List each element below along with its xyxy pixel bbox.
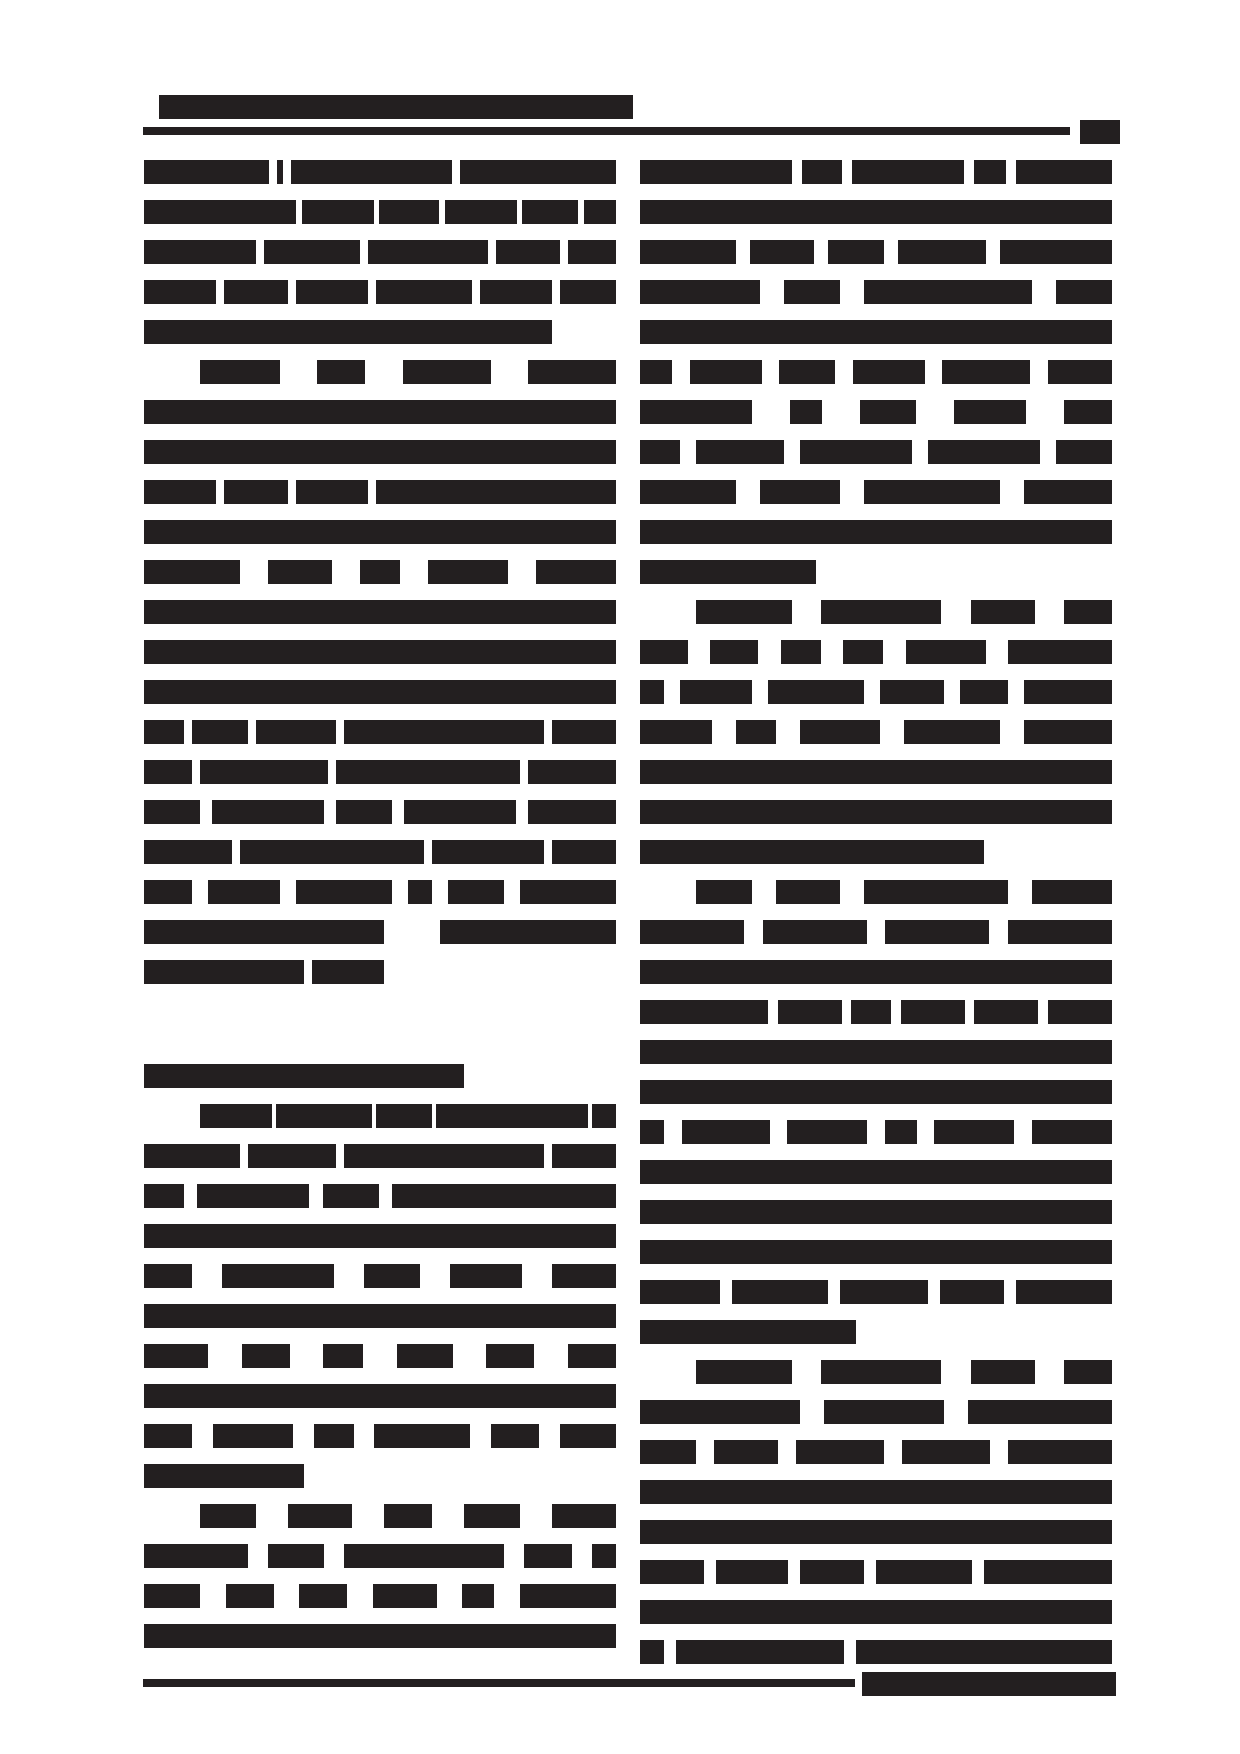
- text-line: [144, 1584, 616, 1608]
- redacted-word: [1064, 400, 1112, 424]
- redacted-word: [1024, 480, 1112, 504]
- redacted-word: [528, 800, 616, 824]
- redacted-word: [344, 720, 544, 744]
- text-line: [144, 520, 616, 544]
- redacted-word: [974, 160, 1006, 184]
- text-line: [144, 1544, 616, 1568]
- page-number: [1080, 120, 1120, 144]
- header-rule: [143, 127, 1070, 135]
- text-line: [144, 880, 616, 904]
- redacted-word: [144, 160, 269, 184]
- redacted-word: [144, 1544, 248, 1568]
- redacted-word: [336, 760, 520, 784]
- redacted-word: [568, 1344, 616, 1368]
- redacted-word: [486, 1344, 534, 1368]
- redacted-word: [222, 1264, 334, 1288]
- redacted-word: [291, 160, 452, 184]
- text-line: [640, 1240, 1112, 1264]
- redacted-word: [288, 1504, 352, 1528]
- redacted-word: [462, 1584, 494, 1608]
- redacted-word: [778, 1000, 842, 1024]
- redacted-word: [934, 1120, 1014, 1144]
- redacted-word: [906, 640, 986, 664]
- text-line: [144, 320, 552, 344]
- redacted-word: [323, 1184, 379, 1208]
- text-line: [144, 240, 616, 264]
- redacted-word: [208, 880, 280, 904]
- redacted-word: [852, 160, 964, 184]
- redacted-word: [277, 160, 283, 184]
- redacted-word: [904, 720, 1000, 744]
- text-line: [640, 1480, 1112, 1504]
- redacted-word: [212, 800, 324, 824]
- text-line: [640, 640, 1112, 664]
- redacted-word: [640, 360, 672, 384]
- text-line: [640, 480, 1112, 504]
- text-line: [144, 1224, 616, 1248]
- text-line: [640, 1120, 1112, 1144]
- redacted-word: [640, 1640, 664, 1664]
- redacted-word: [640, 440, 680, 464]
- redacted-word: [640, 560, 816, 584]
- redacted-word: [200, 760, 328, 784]
- text-line: [640, 800, 1112, 824]
- text-line: [640, 200, 1112, 224]
- redacted-word: [296, 480, 368, 504]
- redacted-word: [144, 440, 616, 464]
- redacted-word: [276, 1104, 372, 1128]
- text-line: [144, 800, 616, 824]
- redacted-word: [640, 1280, 720, 1304]
- redacted-word: [640, 1480, 1112, 1504]
- redacted-word: [640, 800, 1112, 824]
- redacted-word: [974, 1000, 1038, 1024]
- redacted-word: [800, 720, 880, 744]
- redacted-word: [360, 560, 400, 584]
- text-line: [144, 280, 616, 304]
- redacted-word: [682, 1120, 770, 1144]
- redacted-word: [640, 160, 792, 184]
- redacted-word: [144, 680, 616, 704]
- redacted-word: [299, 1584, 347, 1608]
- redacted-word: [696, 440, 784, 464]
- redacted-word: [876, 1560, 972, 1584]
- redacted-word: [971, 1360, 1035, 1384]
- text-line: [144, 680, 616, 704]
- redacted-word: [144, 1624, 616, 1648]
- redacted-word: [144, 560, 240, 584]
- redacted-word: [781, 640, 821, 664]
- text-line: [144, 480, 616, 504]
- redacted-word: [374, 1424, 470, 1448]
- text-line: [640, 1320, 856, 1344]
- redacted-word: [200, 1104, 272, 1128]
- redacted-word: [480, 280, 552, 304]
- redacted-word: [376, 280, 472, 304]
- redacted-word: [213, 1424, 293, 1448]
- redacted-word: [226, 1584, 274, 1608]
- redacted-word: [496, 240, 560, 264]
- redacted-word: [640, 480, 736, 504]
- redacted-word: [800, 1560, 864, 1584]
- text-line: [640, 1600, 1112, 1624]
- redacted-word: [384, 1504, 432, 1528]
- text-line: [640, 520, 1112, 544]
- text-line: [144, 440, 616, 464]
- redacted-word: [264, 240, 360, 264]
- text-line: [200, 360, 616, 384]
- redacted-word: [144, 760, 192, 784]
- redacted-word: [672, 200, 1112, 224]
- redacted-word: [640, 640, 688, 664]
- redacted-word: [197, 1184, 309, 1208]
- redacted-word: [520, 880, 616, 904]
- redacted-word: [312, 960, 384, 984]
- footer-journal-text: [862, 1672, 1116, 1696]
- text-line: [640, 240, 1112, 264]
- text-line: [640, 1000, 1112, 1024]
- text-line: [640, 1400, 1112, 1424]
- redacted-word: [552, 720, 616, 744]
- redacted-word: [592, 1104, 616, 1128]
- text-line: [640, 1160, 1112, 1184]
- redacted-word: [856, 1640, 1112, 1664]
- redacted-word: [710, 640, 758, 664]
- redacted-word: [144, 1584, 200, 1608]
- text-line: [640, 360, 1112, 384]
- redacted-word: [885, 920, 989, 944]
- text-line: [144, 920, 616, 944]
- redacted-word: [403, 360, 491, 384]
- text-line: [640, 720, 1112, 744]
- redacted-word: [376, 1104, 432, 1128]
- text-line: [696, 880, 1112, 904]
- redacted-word: [144, 840, 232, 864]
- redacted-word: [268, 1544, 324, 1568]
- redacted-word: [940, 1280, 1004, 1304]
- redacted-word: [640, 520, 1112, 544]
- redacted-word: [144, 1224, 616, 1248]
- redacted-word: [552, 840, 616, 864]
- redacted-word: [460, 160, 616, 184]
- redacted-word: [144, 600, 616, 624]
- redacted-word: [640, 1000, 768, 1024]
- redacted-word: [520, 1584, 616, 1608]
- redacted-word: [690, 360, 762, 384]
- text-line: [200, 1504, 616, 1528]
- redacted-word: [568, 240, 616, 264]
- redacted-word: [445, 200, 517, 224]
- text-line: [640, 1080, 1112, 1104]
- redacted-word: [790, 400, 822, 424]
- redacted-word: [714, 1440, 778, 1464]
- redacted-word: [1048, 1000, 1112, 1024]
- redacted-word: [144, 400, 616, 424]
- redacted-word: [640, 1040, 1112, 1064]
- redacted-word: [144, 920, 384, 944]
- footer-rule: [143, 1679, 855, 1687]
- redacted-word: [144, 480, 216, 504]
- redacted-word: [1024, 680, 1112, 704]
- redacted-word: [928, 440, 1040, 464]
- text-line: [640, 1440, 1112, 1464]
- redacted-word: [853, 360, 925, 384]
- redacted-word: [144, 1304, 616, 1328]
- redacted-word: [1064, 1360, 1112, 1384]
- text-line: [640, 440, 1112, 464]
- redacted-word: [296, 880, 392, 904]
- text-line: [144, 1624, 616, 1648]
- redacted-word: [640, 1120, 664, 1144]
- text-line: [144, 1424, 616, 1448]
- redacted-word: [736, 720, 776, 744]
- redacted-word: [436, 1104, 588, 1128]
- text-line: [144, 960, 384, 984]
- text-line: [144, 1264, 616, 1288]
- running-header-title: [159, 95, 633, 119]
- text-line: [640, 1560, 1112, 1584]
- redacted-word: [880, 680, 944, 704]
- text-line: [640, 1280, 1112, 1304]
- redacted-word: [376, 480, 616, 504]
- text-line: [640, 760, 1112, 784]
- redacted-word: [640, 1160, 1112, 1184]
- text-line: [144, 1464, 304, 1488]
- redacted-word: [1016, 1280, 1112, 1304]
- redacted-word: [802, 160, 842, 184]
- redacted-word: [851, 1000, 891, 1024]
- text-line: [144, 1144, 616, 1168]
- redacted-word: [843, 640, 883, 664]
- redacted-word: [522, 200, 578, 224]
- redacted-word: [640, 1320, 856, 1344]
- text-line: [640, 1200, 1112, 1224]
- redacted-word: [144, 880, 192, 904]
- redacted-word: [524, 1544, 572, 1568]
- redacted-word: [640, 680, 664, 704]
- redacted-word: [440, 920, 616, 944]
- redacted-word: [379, 200, 439, 224]
- redacted-word: [984, 1560, 1112, 1584]
- redacted-word: [1048, 360, 1112, 384]
- redacted-word: [760, 480, 840, 504]
- redacted-word: [968, 1400, 1112, 1424]
- redacted-word: [1016, 160, 1112, 184]
- redacted-word: [640, 1080, 1112, 1104]
- redacted-word: [696, 1360, 792, 1384]
- redacted-word: [584, 200, 616, 224]
- text-line: [144, 760, 616, 784]
- redacted-word: [716, 1560, 788, 1584]
- redacted-word: [144, 1264, 192, 1288]
- redacted-word: [898, 240, 986, 264]
- redacted-word: [450, 1264, 522, 1288]
- redacted-word: [364, 1264, 420, 1288]
- redacted-word: [368, 240, 488, 264]
- redacted-word: [144, 1424, 192, 1448]
- redacted-word: [144, 200, 296, 224]
- redacted-word: [448, 880, 504, 904]
- redacted-word: [491, 1424, 539, 1448]
- text-line: [640, 320, 1112, 344]
- redacted-word: [864, 280, 1032, 304]
- redacted-word: [971, 600, 1035, 624]
- text-line: [640, 1640, 1112, 1664]
- text-line: [640, 1520, 1112, 1544]
- redacted-word: [536, 560, 616, 584]
- redacted-word: [640, 1520, 1112, 1544]
- redacted-word: [821, 1360, 941, 1384]
- redacted-word: [242, 1344, 290, 1368]
- redacted-word: [1024, 720, 1112, 744]
- redacted-word: [560, 280, 616, 304]
- text-line: [144, 720, 616, 744]
- redacted-word: [696, 600, 792, 624]
- redacted-word: [296, 280, 368, 304]
- redacted-word: [885, 1120, 917, 1144]
- redacted-word: [640, 1560, 704, 1584]
- text-line: [144, 1384, 616, 1408]
- redacted-word: [144, 520, 616, 544]
- redacted-word: [640, 240, 736, 264]
- redacted-word: [1000, 240, 1112, 264]
- redacted-word: [680, 680, 752, 704]
- redacted-word: [144, 280, 216, 304]
- redacted-word: [314, 1424, 354, 1448]
- redacted-word: [640, 720, 712, 744]
- redacted-word: [640, 960, 1112, 984]
- redacted-word: [428, 560, 508, 584]
- section-heading: [144, 1064, 464, 1088]
- redacted-word: [960, 680, 1008, 704]
- redacted-word: [240, 840, 424, 864]
- redacted-word: [1032, 880, 1112, 904]
- text-line: [640, 840, 984, 864]
- redacted-word: [432, 840, 544, 864]
- redacted-word: [144, 800, 200, 824]
- text-line: [144, 160, 616, 184]
- redacted-word: [144, 320, 552, 344]
- redacted-word: [192, 720, 248, 744]
- redacted-word: [750, 240, 814, 264]
- redacted-word: [824, 1400, 944, 1424]
- redacted-word: [901, 1000, 965, 1024]
- redacted-word: [784, 280, 840, 304]
- redacted-word: [392, 1184, 616, 1208]
- redacted-word: [200, 1504, 256, 1528]
- redacted-word: [1032, 1120, 1112, 1144]
- redacted-word: [144, 960, 304, 984]
- redacted-word: [640, 920, 744, 944]
- redacted-word: [144, 1144, 240, 1168]
- redacted-word: [787, 1120, 867, 1144]
- redacted-word: [323, 1344, 363, 1368]
- redacted-word: [464, 1504, 520, 1528]
- redacted-word: [942, 360, 1030, 384]
- redacted-word: [1008, 920, 1112, 944]
- redacted-word: [640, 320, 1112, 344]
- redacted-word: [864, 880, 1008, 904]
- redacted-word: [200, 360, 280, 384]
- text-line: [640, 560, 816, 584]
- redacted-word: [732, 1280, 828, 1304]
- redacted-word: [1008, 1440, 1112, 1464]
- text-line: [144, 200, 616, 224]
- redacted-word: [144, 240, 256, 264]
- text-line: [640, 160, 1112, 184]
- redacted-word: [224, 280, 288, 304]
- redacted-word: [768, 680, 864, 704]
- text-line: [640, 920, 1112, 944]
- redacted-word: [528, 760, 616, 784]
- redacted-word: [779, 360, 835, 384]
- redacted-word: [224, 480, 288, 504]
- redacted-word: [821, 600, 941, 624]
- text-line: [696, 1360, 1112, 1384]
- redacted-word: [640, 280, 760, 304]
- text-line: [144, 600, 616, 624]
- redacted-word: [1056, 280, 1112, 304]
- redacted-word: [144, 720, 184, 744]
- redacted-word: [144, 1464, 304, 1488]
- text-line: [144, 560, 616, 584]
- redacted-word: [408, 880, 432, 904]
- redacted-word: [144, 1384, 616, 1408]
- text-line: [144, 840, 616, 864]
- redacted-word: [840, 1280, 928, 1304]
- text-line: [640, 1040, 1112, 1064]
- redacted-word: [552, 1504, 616, 1528]
- redacted-word: [696, 880, 752, 904]
- redacted-word: [640, 400, 752, 424]
- redacted-word: [528, 360, 616, 384]
- text-line: [144, 640, 616, 664]
- redacted-word: [144, 640, 616, 664]
- redacted-word: [640, 1600, 1112, 1624]
- redacted-word: [373, 1584, 437, 1608]
- redacted-word: [256, 720, 336, 744]
- redacted-word: [268, 560, 332, 584]
- text-line: [640, 400, 1112, 424]
- redacted-word: [640, 1200, 1112, 1224]
- text-line: [144, 1184, 616, 1208]
- redacted-word: [763, 920, 867, 944]
- redacted-word: [640, 1440, 696, 1464]
- redacted-word: [796, 1440, 884, 1464]
- redacted-word: [640, 1240, 1112, 1264]
- redacted-word: [640, 1400, 800, 1424]
- text-line: [200, 1104, 616, 1128]
- redacted-word: [1064, 600, 1112, 624]
- text-line: [640, 280, 1112, 304]
- redacted-word: [776, 880, 840, 904]
- text-line: [640, 960, 1112, 984]
- text-line: [144, 1304, 616, 1328]
- redacted-word: [828, 240, 884, 264]
- redacted-word: [344, 1544, 504, 1568]
- redacted-word: [864, 480, 1000, 504]
- redacted-word: [640, 840, 984, 864]
- redacted-word: [640, 200, 672, 224]
- text-line: [696, 600, 1112, 624]
- redacted-word: [902, 1440, 990, 1464]
- redacted-word: [954, 400, 1026, 424]
- redacted-word: [1056, 440, 1112, 464]
- redacted-word: [144, 1184, 184, 1208]
- redacted-word: [860, 400, 916, 424]
- redacted-word: [1008, 640, 1112, 664]
- text-line: [144, 400, 616, 424]
